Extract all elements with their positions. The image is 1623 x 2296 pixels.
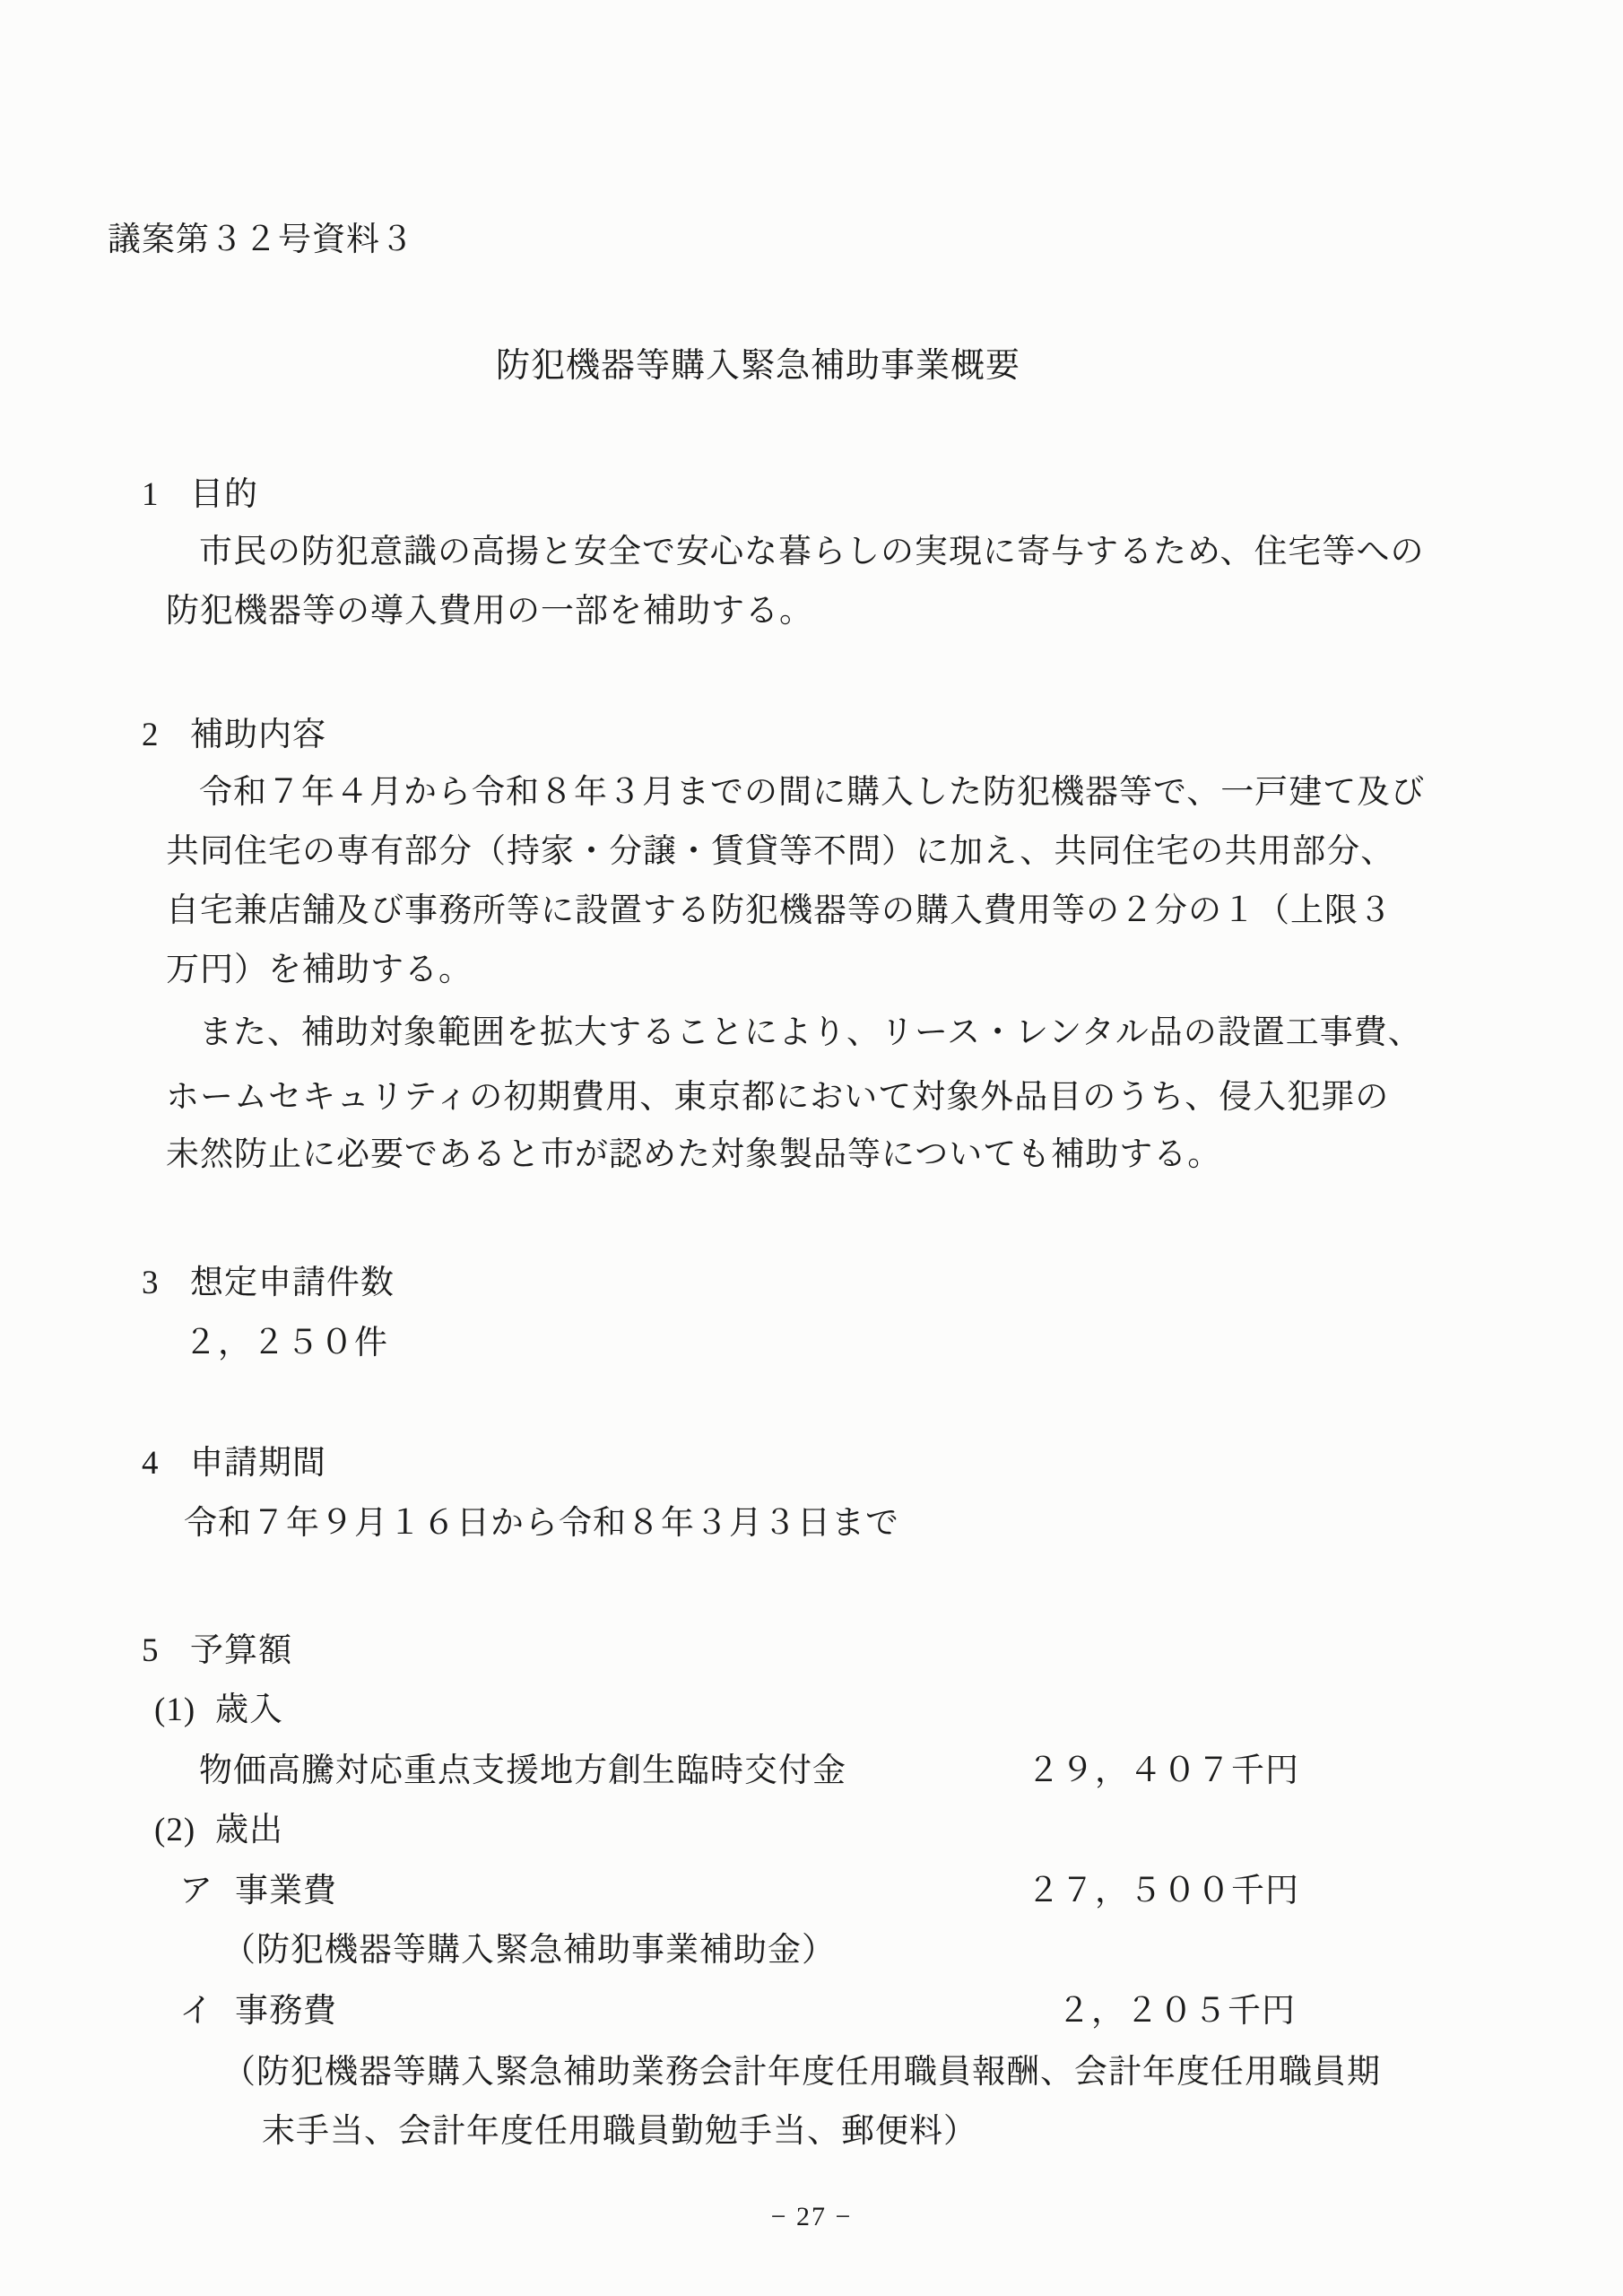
item-kana-label: イ [179, 1989, 213, 2034]
section-heading: 目的 [190, 473, 258, 517]
budget-item-amount: ２９，４０７千円 [1027, 1749, 1296, 1794]
budget-item-amount: ２７，５００千円 [1027, 1869, 1296, 1914]
section-1-header: 1 目的 [0, 473, 1623, 519]
budget-item-label: 事業費 [235, 1869, 337, 1914]
budget-revenue-header: (1) 歳入 [0, 1688, 1623, 1735]
expected-applications-value: ２，２５０件 [184, 1321, 388, 1366]
budget-expense-row-b: イ 事務費 ２，２０５千円 [0, 1989, 1623, 2036]
section-number: 1 [142, 473, 160, 517]
paragraph-line: 自宅兼店舗及び事務所等に設置する防犯機器等の購入費用等の２分の１（上限３ [166, 889, 1393, 934]
budget-item-note: （防犯機器等購入緊急補助事業補助金） [222, 1928, 836, 1973]
subsection-label: 歳入 [215, 1688, 283, 1733]
section-heading: 予算額 [190, 1629, 292, 1674]
paragraph-line: 万円）を補助する。 [166, 948, 473, 993]
paragraph-line: 令和７年４月から令和８年３月までの間に購入した防犯機器等で、一戸建て及び [199, 770, 1425, 815]
section-2-header: 2 補助内容 [0, 713, 1623, 760]
section-3-header: 3 想定申請件数 [0, 1261, 1623, 1308]
section-heading: 申請期間 [190, 1441, 326, 1486]
budget-item-amount: ２，２０５千円 [1027, 1989, 1296, 2034]
budget-item-note: 末手当、会計年度任用職員勤勉手当、郵便料） [262, 2109, 977, 2154]
paragraph-line: ホームセキュリティの初期費用、東京都において対象外品目のうち、侵入犯罪の [166, 1075, 1389, 1120]
section-number: 5 [142, 1629, 160, 1674]
paragraph-line: 未然防止に必要であると市が認めた対象製品等についても補助する。 [166, 1133, 1221, 1178]
subsection-number: (1) [154, 1688, 195, 1733]
section-number: 4 [142, 1441, 160, 1486]
subsection-label: 歳出 [215, 1808, 283, 1853]
paragraph-line: 市民の防犯意識の高揚と安全で安心な暮らしの実現に寄与するため、住宅等への [199, 530, 1425, 575]
doc-reference: 議案第３２号資料３ [108, 218, 414, 263]
section-heading: 補助内容 [190, 713, 326, 758]
subsection-number: (2) [154, 1808, 195, 1853]
footer-page-number: − 27 − [0, 2202, 1623, 2232]
item-kana-label: ア [179, 1869, 213, 1914]
budget-revenue-row: 物価高騰対応重点支援地方創生臨時交付金 ２９，４０７千円 [0, 1749, 1623, 1796]
application-period-value: 令和７年９月１６日から令和８年３月３日まで [184, 1501, 899, 1546]
paragraph-line: 防犯機器等の導入費用の一部を補助する。 [166, 589, 813, 634]
section-4-header: 4 申請期間 [0, 1441, 1623, 1488]
page-title: 防犯機器等購入緊急補助事業概要 [496, 344, 1020, 388]
budget-expenditure-header: (2) 歳出 [0, 1808, 1623, 1855]
section-5-header: 5 予算額 [0, 1629, 1623, 1675]
document-page: 議案第３２号資料３ 防犯機器等購入緊急補助事業概要 1 目的 市民の防犯意識の高… [0, 0, 1623, 2296]
section-number: 2 [142, 713, 160, 758]
budget-expense-row-a: ア 事業費 ２７，５００千円 [0, 1869, 1623, 1916]
budget-item-label: 物価高騰対応重点支援地方創生臨時交付金 [199, 1749, 846, 1794]
section-number: 3 [142, 1261, 160, 1306]
paragraph-line: また、補助対象範囲を拡大することにより、リース・レンタル品の設置工事費、 [199, 1011, 1422, 1056]
budget-item-note: （防犯機器等購入緊急補助業務会計年度任用職員報酬、会計年度任用職員期 [222, 2050, 1381, 2095]
paragraph-line: 共同住宅の専有部分（持家・分譲・賃貸等不問）に加え、共同住宅の共用部分、 [166, 830, 1394, 874]
budget-item-label: 事務費 [235, 1989, 337, 2034]
section-heading: 想定申請件数 [190, 1261, 395, 1306]
